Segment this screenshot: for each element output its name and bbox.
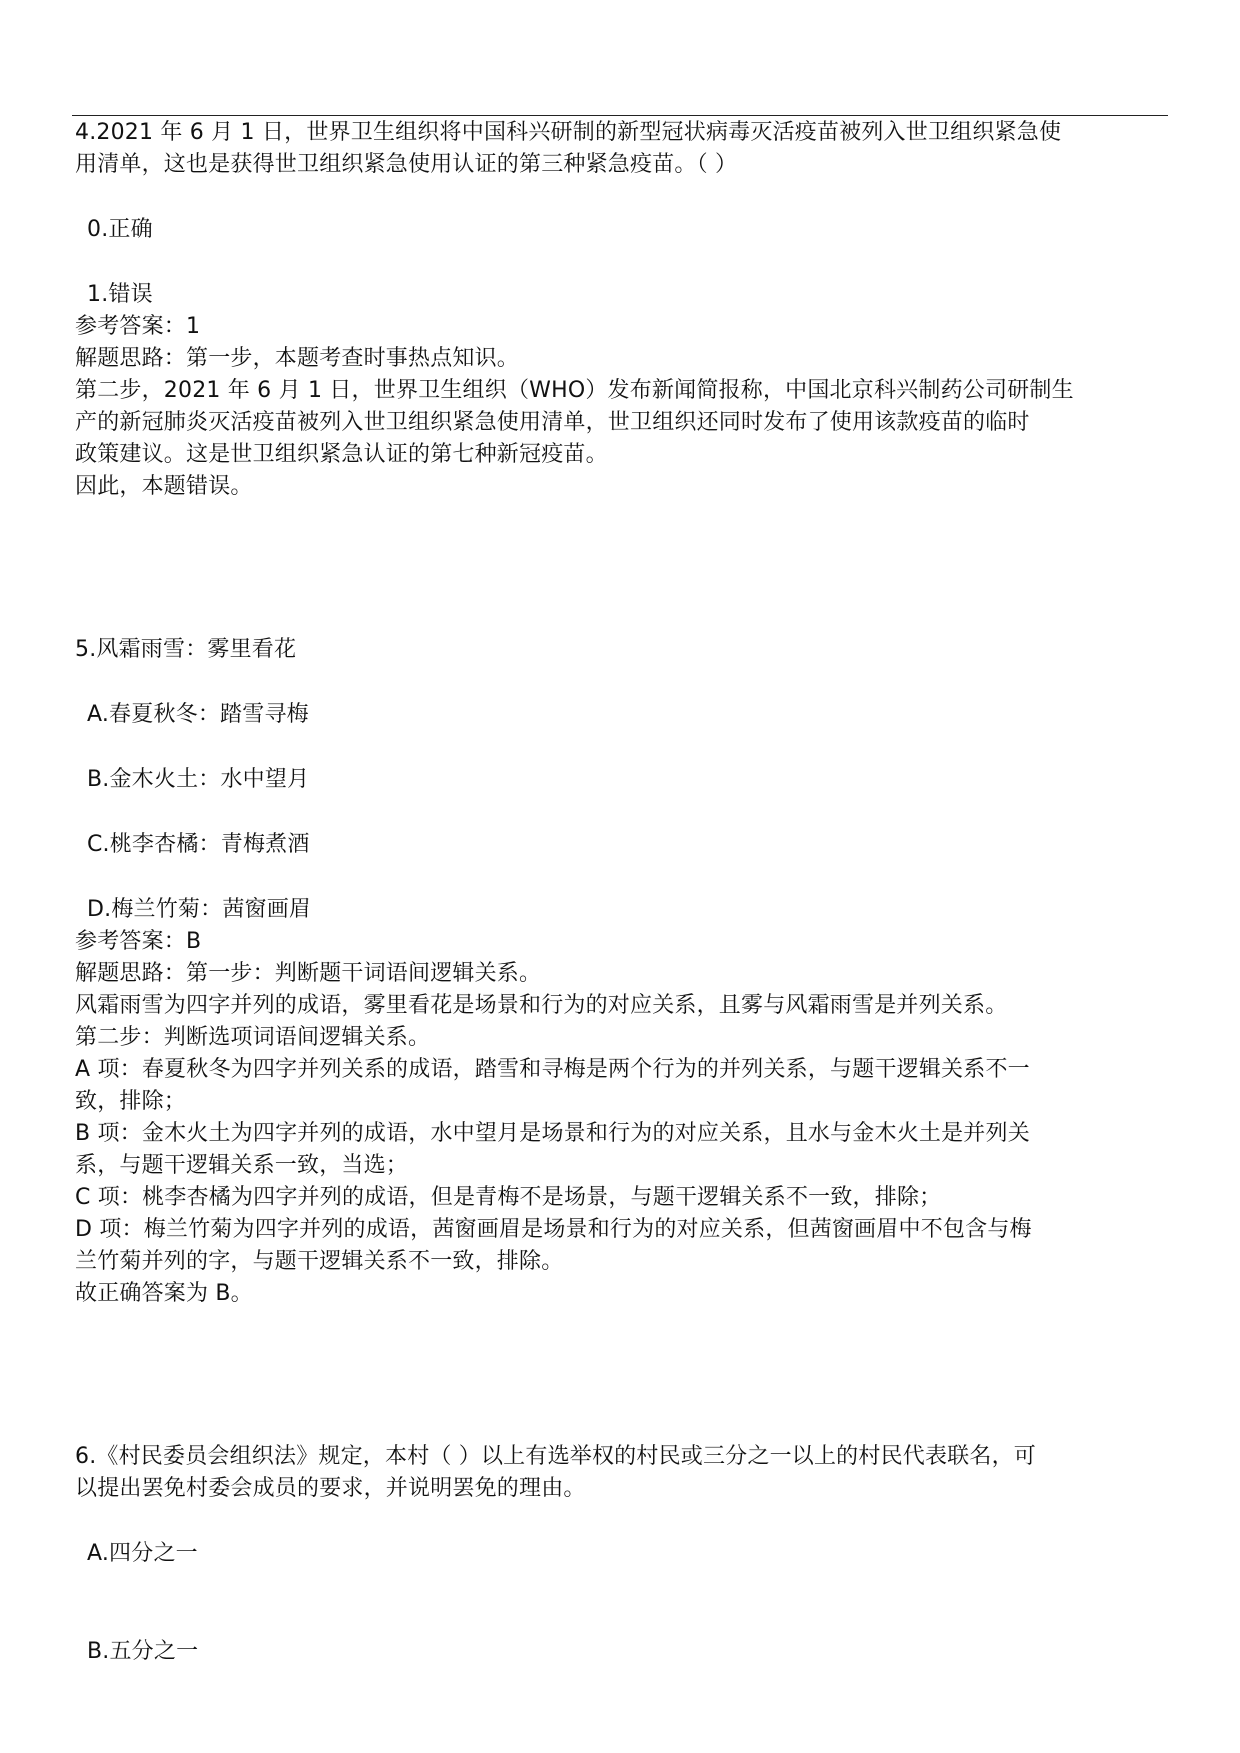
- question-stem-line: 4.2021 年 6 月 1 日，世界卫生组织将中国科兴研制的新型冠状病毒灭活疫…: [75, 117, 1061, 149]
- analysis-line: 解题思路：第一步，本题考查时事热点知识。: [75, 343, 519, 375]
- analysis-line: 政策建议。这是世卫组织紧急认证的第七种新冠疫苗。: [75, 439, 608, 471]
- option-b: B.金木火土：水中望月: [87, 764, 309, 796]
- header-divider: [72, 115, 1168, 116]
- analysis-line: B 项：金木火土为四字并列的成语，水中望月是场景和行为的对应关系，且水与金木火土…: [75, 1118, 1030, 1150]
- analysis-line: 解题思路：第一步：判断题干词语间逻辑关系。: [75, 958, 541, 990]
- option-c: C.桃李杏橘：青梅煮酒: [87, 829, 310, 861]
- option-0: 0.正确: [87, 214, 153, 246]
- question-stem-line: 用清单，这也是获得世卫组织紧急使用认证的第三种紧急疫苗。（ ）: [75, 149, 737, 181]
- option-1: 1.错误: [87, 279, 153, 311]
- option-d: D.梅兰竹菊：茜窗画眉: [87, 894, 311, 926]
- analysis-line: 故正确答案为 B。: [75, 1278, 253, 1310]
- analysis-line: A 项：春夏秋冬为四字并列关系的成语，踏雪和寻梅是两个行为的并列关系，与题干逻辑…: [75, 1054, 1030, 1086]
- analysis-line: 第二步，2021 年 6 月 1 日，世界卫生组织（WHO）发布新闻简报称，中国…: [75, 375, 1074, 407]
- analysis-line: 产的新冠肺炎灭活疫苗被列入世卫组织紧急使用清单，世卫组织还同时发布了使用该款疫苗…: [75, 407, 1030, 439]
- option-a: A.春夏秋冬：踏雪寻梅: [87, 699, 309, 731]
- analysis-line: 兰竹菊并列的字，与题干逻辑关系不一致，排除。: [75, 1246, 563, 1278]
- analysis-line: 系，与题干逻辑关系一致，当选；: [75, 1150, 408, 1182]
- option-a: A.四分之一: [87, 1538, 198, 1570]
- analysis-line: 第二步：判断选项词语间逻辑关系。: [75, 1022, 430, 1054]
- question-stem-line: 6.《村民委员会组织法》规定，本村（ ）以上有选举权的村民或三分之一以上的村民代…: [75, 1441, 1036, 1473]
- analysis-line: 致，排除；: [75, 1086, 186, 1118]
- option-b: B.五分之一: [87, 1636, 198, 1668]
- analysis-line: 因此，本题错误。: [75, 471, 253, 503]
- reference-answer: 参考答案：1: [75, 311, 200, 343]
- question-stem-line: 以提出罢免村委会成员的要求，并说明罢免的理由。: [75, 1473, 586, 1505]
- analysis-line: C 项：桃李杏橘为四字并列的成语，但是青梅不是场景，与题干逻辑关系不一致，排除；: [75, 1182, 941, 1214]
- analysis-line: 风霜雨雪为四字并列的成语，雾里看花是场景和行为的对应关系，且雾与风霜雨雪是并列关…: [75, 990, 1007, 1022]
- analysis-line: D 项：梅兰竹菊为四字并列的成语，茜窗画眉是场景和行为的对应关系，但茜窗画眉中不…: [75, 1214, 1032, 1246]
- reference-answer: 参考答案：B: [75, 926, 201, 958]
- question-stem-line: 5.风霜雨雪：雾里看花: [75, 634, 296, 666]
